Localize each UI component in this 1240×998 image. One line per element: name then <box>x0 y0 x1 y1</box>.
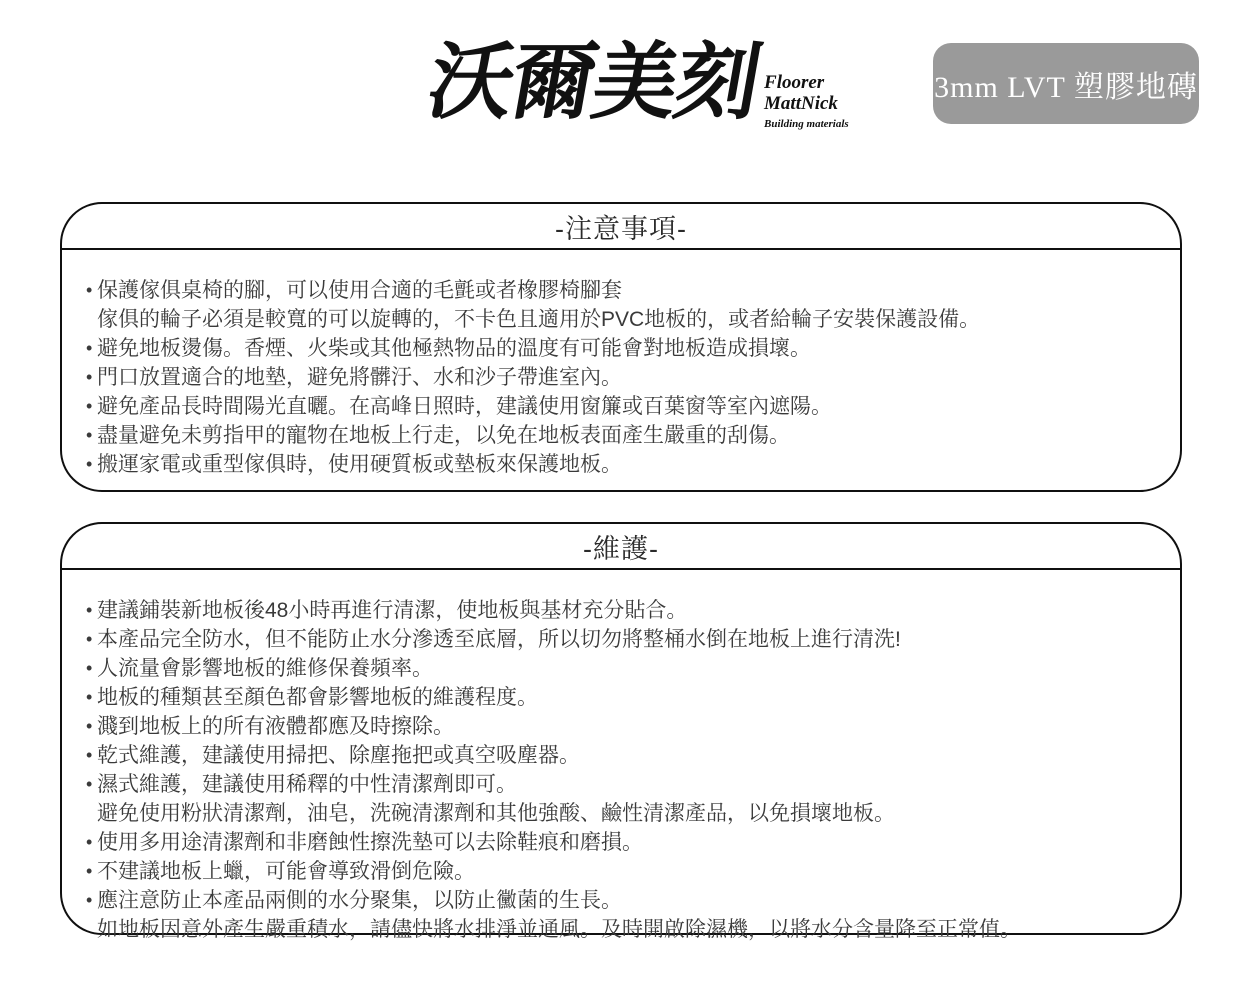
list-item: •濺到地板上的所有液體都應及時擦除。 <box>86 712 1150 741</box>
list-item: •盡量避免未剪指甲的寵物在地板上行走，以免在地板表面產生嚴重的刮傷。 <box>86 421 1150 450</box>
bullet-icon: • <box>86 625 97 654</box>
bullet-icon: • <box>86 450 97 479</box>
bullet-text: 人流量會影響地板的維修保養頻率。 <box>97 654 433 683</box>
bullet-text: 搬運家電或重型傢俱時，使用硬質板或墊板來保護地板。 <box>97 450 622 479</box>
list-item: •應注意防止本產品兩側的水分聚集，以防止黴菌的生長。如地板因意外產生嚴重積水，請… <box>86 886 1150 944</box>
bullet-text: 使用多用途清潔劑和非磨蝕性擦洗墊可以去除鞋痕和磨損。 <box>97 828 643 857</box>
bullet-continuation: 傢俱的輪子必須是較寬的可以旋轉的，不卡色且適用於PVC地板的，或者給輪子安裝保護… <box>86 305 1150 334</box>
brand-name-line2: MattNick <box>764 93 849 114</box>
brand-logo: 沃爾美刻 Floorer MattNick Building materials <box>430 30 849 145</box>
bullet-icon: • <box>86 392 97 421</box>
bullet-icon: • <box>86 857 97 886</box>
bullet-icon: • <box>86 770 97 799</box>
bullet-icon: • <box>86 741 97 770</box>
list-item: •保護傢俱桌椅的腳，可以使用合適的毛氈或者橡膠椅腳套傢俱的輪子必須是較寬的可以旋… <box>86 276 1150 334</box>
bullet-text: 避免地板燙傷。香煙、火柴或其他極熱物品的溫度有可能會對地板造成損壞。 <box>97 334 811 363</box>
section-notice-list: •保護傢俱桌椅的腳，可以使用合適的毛氈或者橡膠椅腳套傢俱的輪子必須是較寬的可以旋… <box>62 250 1180 479</box>
bullet-text: 本產品完全防水，但不能防止水分滲透至底層，所以切勿將整桶水倒在地板上進行清洗! <box>97 625 901 654</box>
list-item: •本產品完全防水，但不能防止水分滲透至底層，所以切勿將整桶水倒在地板上進行清洗! <box>86 625 1150 654</box>
list-item: •人流量會影響地板的維修保養頻率。 <box>86 654 1150 683</box>
bullet-icon: • <box>86 654 97 683</box>
list-item: •地板的種類甚至顏色都會影響地板的維護程度。 <box>86 683 1150 712</box>
bullet-icon: • <box>86 886 97 915</box>
section-maintenance-title: -維護- <box>62 524 1180 570</box>
list-item: •門口放置適合的地墊，避免將髒汙、水和沙子帶進室內。 <box>86 363 1150 392</box>
brand-logo-english: Floorer MattNick Building materials <box>764 72 849 130</box>
bullet-text: 不建議地板上蠟，可能會導致滑倒危險。 <box>97 857 475 886</box>
product-type-badge: 3mm LVT 塑膠地磚 <box>933 43 1199 124</box>
bullet-icon: • <box>86 712 97 741</box>
bullet-text: 盡量避免未剪指甲的寵物在地板上行走，以免在地板表面產生嚴重的刮傷。 <box>97 421 790 450</box>
bullet-continuation: 如地板因意外產生嚴重積水，請儘快將水排淨並通風。及時開啟除濕機，以將水分含量降至… <box>86 915 1150 944</box>
bullet-text: 門口放置適合的地墊，避免將髒汙、水和沙子帶進室內。 <box>97 363 622 392</box>
list-item: •不建議地板上蠟，可能會導致滑倒危險。 <box>86 857 1150 886</box>
section-notice: -注意事項- •保護傢俱桌椅的腳，可以使用合適的毛氈或者橡膠椅腳套傢俱的輪子必須… <box>60 202 1182 492</box>
list-item: •濕式維護，建議使用稀釋的中性清潔劑即可。避免使用粉狀清潔劑，油皂，洗碗清潔劑和… <box>86 770 1150 828</box>
list-item: •避免產品長時間陽光直曬。在高峰日照時，建議使用窗簾或百葉窗等室內遮陽。 <box>86 392 1150 421</box>
list-item: •乾式維護，建議使用掃把、除塵拖把或真空吸塵器。 <box>86 741 1150 770</box>
bullet-text: 濕式維護，建議使用稀釋的中性清潔劑即可。 <box>97 770 517 799</box>
list-item: •避免地板燙傷。香煙、火柴或其他極熱物品的溫度有可能會對地板造成損壞。 <box>86 334 1150 363</box>
list-item: •搬運家電或重型傢俱時，使用硬質板或墊板來保護地板。 <box>86 450 1150 479</box>
bullet-icon: • <box>86 363 97 392</box>
section-notice-title: -注意事項- <box>62 204 1180 250</box>
list-item: •建議鋪裝新地板後48小時再進行清潔，使地板與基材充分貼合。 <box>86 596 1150 625</box>
list-item: •使用多用途清潔劑和非磨蝕性擦洗墊可以去除鞋痕和磨損。 <box>86 828 1150 857</box>
bullet-icon: • <box>86 334 97 363</box>
bullet-icon: • <box>86 828 97 857</box>
section-maintenance: -維護- •建議鋪裝新地板後48小時再進行清潔，使地板與基材充分貼合。•本產品完… <box>60 522 1182 935</box>
bullet-text: 應注意防止本產品兩側的水分聚集，以防止黴菌的生長。 <box>97 886 622 915</box>
section-maintenance-list: •建議鋪裝新地板後48小時再進行清潔，使地板與基材充分貼合。•本產品完全防水，但… <box>62 570 1180 944</box>
bullet-icon: • <box>86 421 97 450</box>
brand-tagline: Building materials <box>764 118 849 130</box>
bullet-text: 保護傢俱桌椅的腳，可以使用合適的毛氈或者橡膠椅腳套 <box>97 276 622 305</box>
care-instructions-page: 沃爾美刻 Floorer MattNick Building materials… <box>0 0 1240 998</box>
bullet-continuation: 避免使用粉狀清潔劑，油皂，洗碗清潔劑和其他強酸、鹼性清潔產品，以免損壞地板。 <box>86 799 1150 828</box>
bullet-text: 乾式維護，建議使用掃把、除塵拖把或真空吸塵器。 <box>97 741 580 770</box>
bullet-text: 地板的種類甚至顏色都會影響地板的維護程度。 <box>97 683 538 712</box>
bullet-icon: • <box>86 276 97 305</box>
brand-logo-calligraphy: 沃爾美刻 <box>421 30 768 135</box>
bullet-icon: • <box>86 596 97 625</box>
brand-name-line1: Floorer <box>764 72 849 93</box>
bullet-text: 濺到地板上的所有液體都應及時擦除。 <box>97 712 454 741</box>
bullet-icon: • <box>86 683 97 712</box>
bullet-text: 建議鋪裝新地板後48小時再進行清潔，使地板與基材充分貼合。 <box>97 596 687 625</box>
bullet-text: 避免產品長時間陽光直曬。在高峰日照時，建議使用窗簾或百葉窗等室內遮陽。 <box>97 392 832 421</box>
